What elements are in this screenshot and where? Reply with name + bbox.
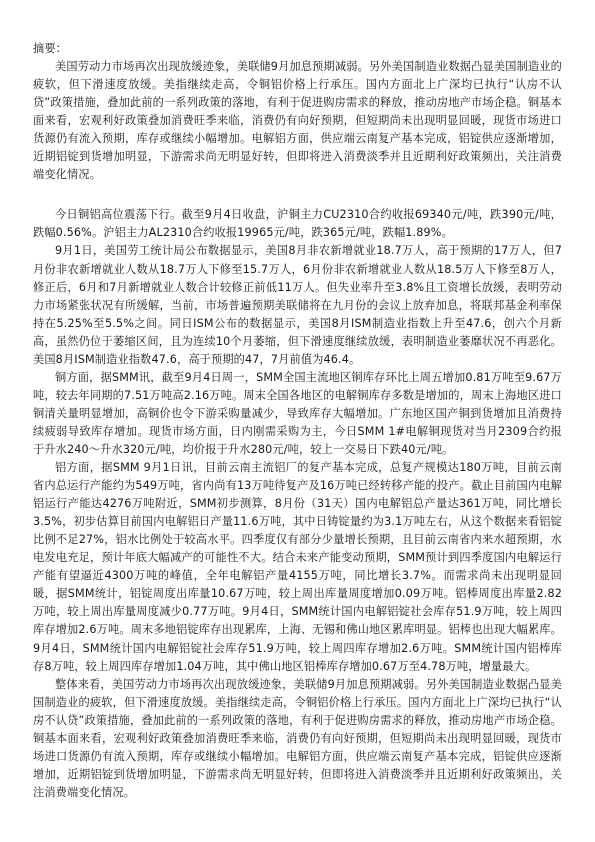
us-macro-paragraph: 9月1日，美国劳工统计局公布数据显示，美国8月非农新增就业18.7万人，高于预期…	[33, 242, 562, 368]
conclusion-paragraph: 整体来看，美国劳动力市场再次出现放缓迹象，美联储9月加息预期减弱。另外美国制造业…	[33, 676, 562, 802]
summary-heading: 摘要：	[33, 40, 562, 58]
document-page: 摘要： 美国劳动力市场再次出现放缓迹象，美联储9月加息预期减弱。另外美国制造业数…	[33, 40, 562, 802]
aluminum-paragraph: 铝方面，据SMM 9月1日讯，目前云南主流铝厂的复产基本完成，总复产规模达180…	[33, 459, 562, 676]
market-close-paragraph: 今日铜铝高位震荡下行。截至9月4日收盘，沪铜主力CU2310合约收报69340元…	[33, 206, 562, 242]
summary-paragraph: 美国劳动力市场再次出现放缓迹象，美联储9月加息预期减弱。另外美国制造业数据凸显美…	[33, 58, 562, 184]
paragraph-gap	[33, 184, 562, 202]
copper-paragraph: 铜方面，据SMM讯，截至9月4日周一，SMM全国主流地区铜库存环比上周五增加0.…	[33, 369, 562, 459]
